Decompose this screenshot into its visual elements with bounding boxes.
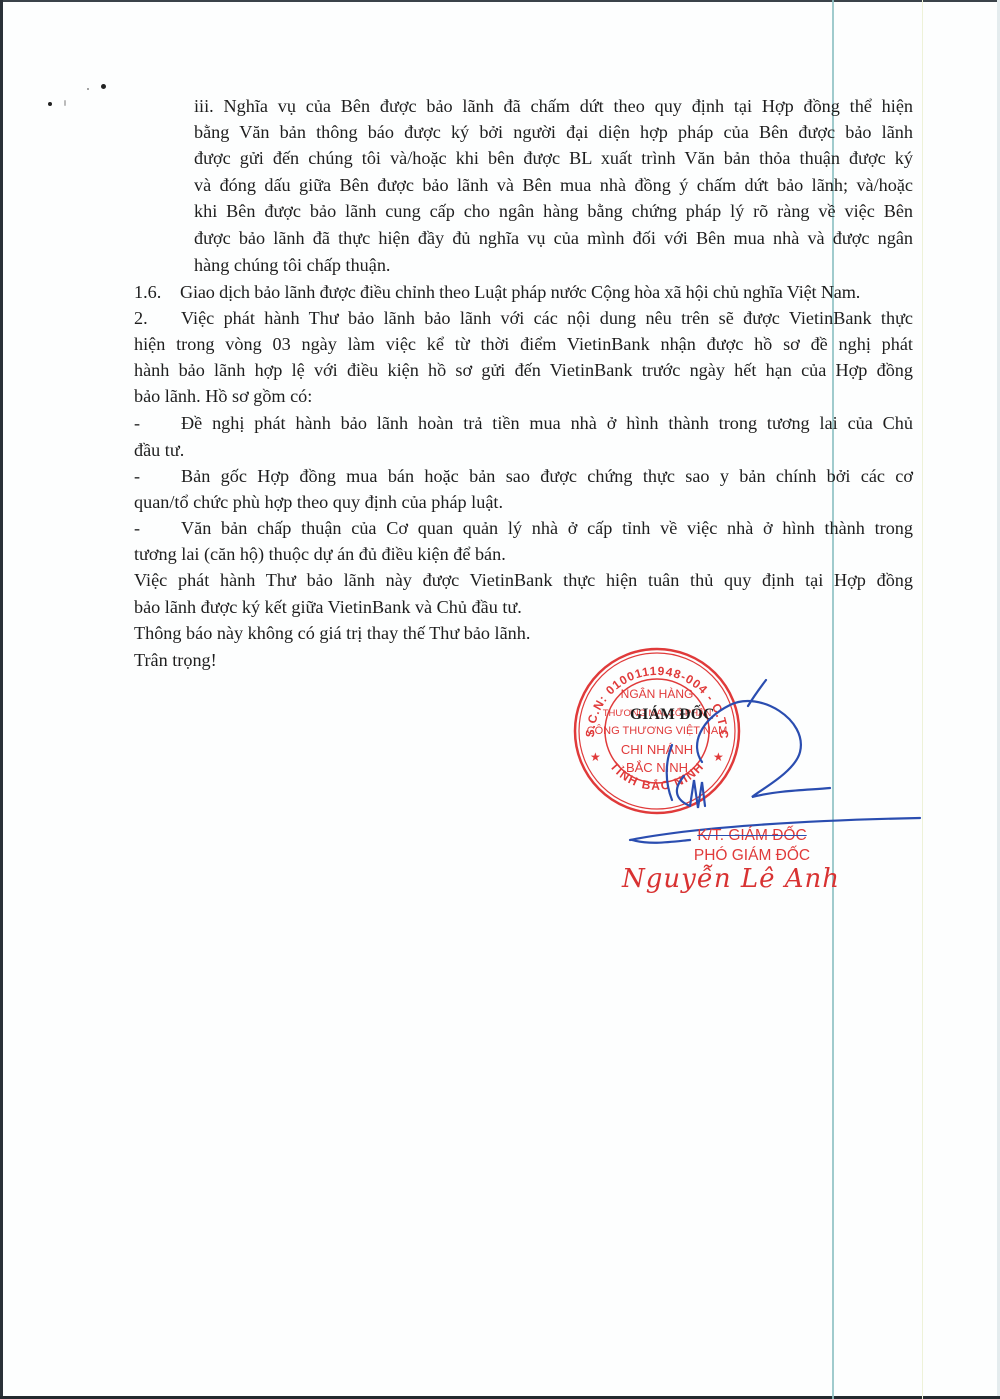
authority-line: K/T. GIÁM ĐỐC — [652, 826, 852, 846]
text-line: bảo lãnh. Hồ sơ gồm có: — [134, 383, 312, 409]
signer-position: PHÓ GIÁM ĐỐC — [652, 846, 852, 866]
bullet-marker: - — [134, 410, 140, 436]
scan-speck — [87, 88, 89, 90]
seal-icon: M.S.C.N: 0100111948-004 - C.T.C.P TỈNH B… — [572, 646, 742, 816]
scan-speck — [64, 100, 66, 106]
item-number: 1.6. — [134, 279, 161, 305]
text-line: hiện trong vòng 03 ngày làm việc kể từ t… — [134, 331, 913, 357]
text-line: hàng chúng tôi chấp thuận. — [194, 252, 390, 278]
scan-speck — [48, 102, 52, 106]
text-line: quan/tổ chức phù hợp theo quy định của p… — [134, 489, 503, 515]
svg-text:CHI NHÁNH: CHI NHÁNH — [621, 742, 693, 757]
item-number: 2. — [134, 305, 148, 331]
text-line: Thông báo này không có giá trị thay thế … — [134, 620, 530, 646]
text-line: Việc phát hành Thư bảo lãnh này được Vie… — [134, 567, 913, 593]
greeting: Trân trọng! — [134, 647, 217, 673]
text-line: được bảo lãnh đã thực hiện đầy đủ nghĩa … — [194, 225, 913, 251]
svg-text:★: ★ — [713, 750, 724, 764]
svg-text:BẮC NINH: BẮC NINH — [626, 760, 688, 775]
svg-text:NGÂN HÀNG: NGÂN HÀNG — [621, 686, 694, 701]
text-line: hành bảo lãnh hợp lệ với điều kiện hồ sơ… — [134, 357, 913, 383]
bullet-marker: - — [134, 463, 140, 489]
text-line: iii. Nghĩa vụ của Bên được bảo lãnh đã c… — [194, 93, 913, 119]
scanner-streak-faint — [922, 0, 923, 1399]
text-line: và đóng dấu giữa Bên được bảo lãnh và Bê… — [194, 172, 913, 198]
text-line: Văn bản chấp thuận của Cơ quan quản lý n… — [181, 515, 913, 541]
text-line: được gửi đến chúng tôi và/hoặc khi bên đ… — [194, 145, 913, 171]
scan-edge-left — [0, 0, 3, 1399]
svg-text:CÔNG THƯƠNG VIỆT NAM: CÔNG THƯƠNG VIỆT NAM — [587, 724, 728, 737]
text-line: khi Bên được bảo lãnh cung cấp cho ngân … — [194, 198, 913, 224]
scan-edge-top — [0, 0, 1000, 2]
text-line: Việc phát hành Thư bảo lãnh bảo lãnh với… — [181, 305, 913, 331]
svg-text:★: ★ — [590, 750, 601, 764]
signer-name: Nguyễn Lê Anh — [622, 864, 840, 894]
bullet-marker: - — [134, 515, 140, 541]
text-line: Bản gốc Hợp đồng mua bán hoặc bản sao đư… — [181, 463, 913, 489]
text-line: tương lai (căn hộ) thuộc dự án đủ điều k… — [134, 541, 506, 567]
text-line: Đề nghị phát hành bảo lãnh hoàn trả tiền… — [181, 410, 913, 436]
signer-title: GIÁM ĐỐC — [630, 706, 715, 724]
text-line: đầu tư. — [134, 437, 184, 463]
scan-speck — [101, 84, 106, 89]
item-text: Giao dịch bảo lãnh được điều chỉnh theo … — [180, 279, 860, 305]
company-seal: M.S.C.N: 0100111948-004 - C.T.C.P TỈNH B… — [572, 646, 742, 816]
text-line: bằng Văn bản thông báo được ký bởi người… — [194, 119, 913, 145]
text-line: bảo lãnh được ký kết giữa VietinBank và … — [134, 594, 522, 620]
